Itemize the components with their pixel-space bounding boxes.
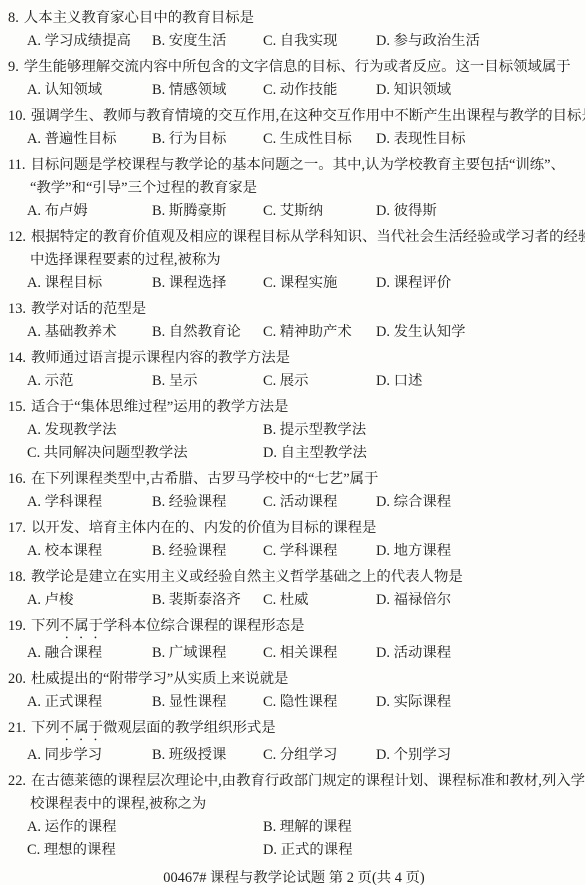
stem-text: 以开发、培育主体内在的、内发的价值为目标的课程是 bbox=[31, 520, 376, 536]
option-a: A. 正式课程 bbox=[27, 691, 152, 714]
options-row: A. 卢梭 B. 裴斯泰洛齐 C. 杜威 D. 福禄倍尔 bbox=[8, 589, 580, 612]
question-stem: 20.杜威提出的“附带学习”从实质上来说就是 bbox=[8, 668, 580, 691]
options-row: A. 学科课程 B. 经验课程 C. 活动课程 D. 综合课程 bbox=[8, 491, 580, 514]
option-b: B. 经验课程 bbox=[152, 540, 263, 563]
option-c: C. 课程实施 bbox=[263, 272, 376, 295]
question-stem: 14.教师通过语言提示课程内容的教学方法是 bbox=[8, 347, 580, 370]
option-a: A. 布卢姆 bbox=[27, 200, 152, 223]
question-21: 21.下列不属于微观层面的教学组织形式是 A. 同步学习 B. 班级授课 C. … bbox=[8, 717, 580, 767]
option-b: B. 班级授课 bbox=[152, 744, 263, 767]
stem-text: 学科本位综合课程的课程形态是 bbox=[103, 618, 304, 634]
question-number: 21. bbox=[8, 720, 26, 736]
option-c: C. 杜威 bbox=[263, 589, 376, 612]
options-row: A. 发现教学法 B. 提示型教学法 bbox=[8, 419, 580, 442]
question-stem: 8.人本主义教育家心目中的教育目标是 bbox=[8, 7, 580, 30]
option-b: B. 裴斯泰洛齐 bbox=[152, 589, 263, 612]
option-d: D. 实际课程 bbox=[376, 691, 580, 714]
question-13: 13.教学对话的范型是 A. 基础教养术 B. 自然教育论 C. 精神助产术 D… bbox=[8, 298, 580, 344]
option-a: A. 认知领域 bbox=[27, 79, 152, 102]
stem-text: 在古德莱德的课程层次理论中,由教育行政部门规定的课程计划、课程标准和教材,列入学 bbox=[31, 773, 585, 789]
options-row: A. 同步学习 B. 班级授课 C. 分组学习 D. 个别学习 bbox=[8, 744, 580, 767]
options-row: A. 校本课程 B. 经验课程 C. 学科课程 D. 地方课程 bbox=[8, 540, 580, 563]
option-c: C. 隐性课程 bbox=[263, 691, 376, 714]
question-19: 19.下列不属于学科本位综合课程的课程形态是 A. 融合课程 B. 广域课程 C… bbox=[8, 615, 580, 665]
question-11: 11.目标问题是学校课程与教学论的基本问题之一。其中,认为学校教育主要包括“训练… bbox=[8, 154, 580, 223]
question-stem-continued: 中选择课程要素的过程,被称为 bbox=[8, 249, 580, 272]
question-number: 9. bbox=[8, 59, 19, 75]
options-row: A. 普遍性目标 B. 行为目标 C. 生成性目标 D. 表现性目标 bbox=[8, 128, 580, 151]
question-number: 14. bbox=[8, 350, 26, 366]
options-row: C. 共同解决问题型教学法 D. 自主型教学法 bbox=[8, 442, 580, 465]
option-d: D. 福禄倍尔 bbox=[376, 589, 580, 612]
page-footer: 00467# 课程与教学论试题 第 2 页(共 4 页) bbox=[8, 867, 580, 885]
question-stem: 16.在下列课程类型中,古希腊、古罗马学校中的“七艺”属于 bbox=[8, 468, 580, 491]
stem-text: 杜威提出的“附带学习”从实质上来说就是 bbox=[31, 671, 288, 687]
option-b: B. 广域课程 bbox=[152, 642, 263, 665]
stem-emphasized-text: 不属于 bbox=[60, 618, 103, 634]
stem-text: 微观层面的教学组织形式是 bbox=[103, 720, 276, 736]
question-number: 17. bbox=[8, 520, 26, 536]
option-d: D. 参与政治生活 bbox=[376, 30, 580, 53]
option-d: D. 口述 bbox=[376, 370, 580, 393]
options-row: A. 学习成绩提高 B. 安度生活 C. 自我实现 D. 参与政治生活 bbox=[8, 30, 580, 53]
question-9: 9.学生能够理解交流内容中所包含的文字信息的目标、行为或者反应。这一目标领域属于… bbox=[8, 56, 580, 102]
question-stem: 21.下列不属于微观层面的教学组织形式是 bbox=[8, 717, 580, 744]
option-d: D. 表现性目标 bbox=[376, 128, 580, 151]
option-b: B. 行为目标 bbox=[152, 128, 263, 151]
option-c: C. 精神助产术 bbox=[263, 321, 376, 344]
option-a: A. 运作的课程 bbox=[27, 816, 263, 839]
option-c: C. 自我实现 bbox=[263, 30, 376, 53]
option-c: C. 艾斯纳 bbox=[263, 200, 376, 223]
option-a: A. 发现教学法 bbox=[27, 419, 263, 442]
option-c: C. 理想的课程 bbox=[27, 839, 263, 862]
question-18: 18.教学论是建立在实用主义或经验自然主义哲学基础之上的代表人物是 A. 卢梭 … bbox=[8, 566, 580, 612]
option-b: B. 提示型教学法 bbox=[263, 419, 580, 442]
stem-text: 下列 bbox=[31, 720, 60, 736]
question-12: 12.根据特定的教育价值观及相应的课程目标从学科知识、当代社会生活经验或学习者的… bbox=[8, 226, 580, 295]
question-stem: 12.根据特定的教育价值观及相应的课程目标从学科知识、当代社会生活经验或学习者的… bbox=[8, 226, 580, 249]
option-d: D. 自主型教学法 bbox=[263, 442, 580, 465]
question-stem: 15.适合于“集体思维过程”运用的教学方法是 bbox=[8, 396, 580, 419]
option-a: A. 融合课程 bbox=[27, 642, 152, 665]
stem-text: 人本主义教育家心目中的教育目标是 bbox=[24, 10, 254, 26]
stem-text: 下列 bbox=[31, 618, 60, 634]
question-stem-continued: “教学”和“引导”三个过程的教育家是 bbox=[8, 177, 580, 200]
option-a: A. 卢梭 bbox=[27, 589, 152, 612]
stem-text: 适合于“集体思维过程”运用的教学方法是 bbox=[31, 399, 288, 415]
option-d: D. 综合课程 bbox=[376, 491, 580, 514]
options-row: A. 认知领域 B. 情感领域 C. 动作技能 D. 知识领域 bbox=[8, 79, 580, 102]
option-d: D. 知识领域 bbox=[376, 79, 580, 102]
option-b: B. 安度生活 bbox=[152, 30, 263, 53]
option-b: B. 经验课程 bbox=[152, 491, 263, 514]
question-number: 13. bbox=[8, 301, 26, 317]
question-stem: 13.教学对话的范型是 bbox=[8, 298, 580, 321]
option-d: D. 彼得斯 bbox=[376, 200, 580, 223]
option-a: A. 同步学习 bbox=[27, 744, 152, 767]
option-c: C. 动作技能 bbox=[263, 79, 376, 102]
question-stem: 10.强调学生、教师与教育情境的交互作用,在这种交互作用中不断产生出课程与教学的… bbox=[8, 105, 580, 128]
option-a: A. 学习成绩提高 bbox=[27, 30, 152, 53]
question-17: 17.以开发、培育主体内在的、内发的价值为目标的课程是 A. 校本课程 B. 经… bbox=[8, 517, 580, 563]
option-a: A. 校本课程 bbox=[27, 540, 152, 563]
stem-text: 强调学生、教师与教育情境的交互作用,在这种交互作用中不断产生出课程与教学的目标是 bbox=[31, 108, 585, 124]
question-16: 16.在下列课程类型中,古希腊、古罗马学校中的“七艺”属于 A. 学科课程 B.… bbox=[8, 468, 580, 514]
option-b: B. 显性课程 bbox=[152, 691, 263, 714]
question-stem: 19.下列不属于学科本位综合课程的课程形态是 bbox=[8, 615, 580, 642]
option-a: A. 示范 bbox=[27, 370, 152, 393]
options-row: A. 正式课程 B. 显性课程 C. 隐性课程 D. 实际课程 bbox=[8, 691, 580, 714]
question-15: 15.适合于“集体思维过程”运用的教学方法是 A. 发现教学法 B. 提示型教学… bbox=[8, 396, 580, 465]
option-d: D. 活动课程 bbox=[376, 642, 580, 665]
question-20: 20.杜威提出的“附带学习”从实质上来说就是 A. 正式课程 B. 显性课程 C… bbox=[8, 668, 580, 714]
option-a: A. 课程目标 bbox=[27, 272, 152, 295]
option-c: C. 生成性目标 bbox=[263, 128, 376, 151]
stem-text: 学生能够理解交流内容中所包含的文字信息的目标、行为或者反应。这一目标领域属于 bbox=[24, 59, 571, 75]
question-stem: 11.目标问题是学校课程与教学论的基本问题之一。其中,认为学校教育主要包括“训练… bbox=[8, 154, 580, 177]
question-number: 22. bbox=[8, 773, 26, 789]
question-number: 18. bbox=[8, 569, 26, 585]
question-22: 22.在古德莱德的课程层次理论中,由教育行政部门规定的课程计划、课程标准和教材,… bbox=[8, 770, 580, 862]
option-d: D. 地方课程 bbox=[376, 540, 580, 563]
options-row: C. 理想的课程 D. 正式的课程 bbox=[8, 839, 580, 862]
question-stem-continued: 校课程表中的课程,被称之为 bbox=[8, 793, 580, 816]
question-stem: 9.学生能够理解交流内容中所包含的文字信息的目标、行为或者反应。这一目标领域属于 bbox=[8, 56, 580, 79]
question-number: 15. bbox=[8, 399, 26, 415]
question-stem: 22.在古德莱德的课程层次理论中,由教育行政部门规定的课程计划、课程标准和教材,… bbox=[8, 770, 580, 793]
stem-text: 教师通过语言提示课程内容的教学方法是 bbox=[31, 350, 290, 366]
option-a: A. 普遍性目标 bbox=[27, 128, 152, 151]
question-10: 10.强调学生、教师与教育情境的交互作用,在这种交互作用中不断产生出课程与教学的… bbox=[8, 105, 580, 151]
option-d: D. 正式的课程 bbox=[263, 839, 580, 862]
question-number: 12. bbox=[8, 229, 26, 245]
options-row: A. 示范 B. 呈示 C. 展示 D. 口述 bbox=[8, 370, 580, 393]
options-row: A. 运作的课程 B. 理解的课程 bbox=[8, 816, 580, 839]
stem-emphasized-text: 不属于 bbox=[60, 720, 103, 736]
question-stem: 18.教学论是建立在实用主义或经验自然主义哲学基础之上的代表人物是 bbox=[8, 566, 580, 589]
option-b: B. 自然教育论 bbox=[152, 321, 263, 344]
option-a: A. 基础教养术 bbox=[27, 321, 152, 344]
option-c: C. 相关课程 bbox=[263, 642, 376, 665]
stem-text: 教学对话的范型是 bbox=[31, 301, 146, 317]
question-number: 10. bbox=[8, 108, 26, 124]
option-b: B. 呈示 bbox=[152, 370, 263, 393]
question-stem: 17.以开发、培育主体内在的、内发的价值为目标的课程是 bbox=[8, 517, 580, 540]
options-row: A. 课程目标 B. 课程选择 C. 课程实施 D. 课程评价 bbox=[8, 272, 580, 295]
stem-text: 根据特定的教育价值观及相应的课程目标从学科知识、当代社会生活经验或学习者的经验 bbox=[31, 229, 585, 245]
option-c: C. 活动课程 bbox=[263, 491, 376, 514]
question-number: 11. bbox=[8, 157, 25, 173]
stem-text: 教学论是建立在实用主义或经验自然主义哲学基础之上的代表人物是 bbox=[31, 569, 463, 585]
question-number: 16. bbox=[8, 471, 26, 487]
question-number: 8. bbox=[8, 10, 19, 26]
option-a: A. 学科课程 bbox=[27, 491, 152, 514]
options-row: A. 融合课程 B. 广域课程 C. 相关课程 D. 活动课程 bbox=[8, 642, 580, 665]
option-b: B. 课程选择 bbox=[152, 272, 263, 295]
option-c: C. 分组学习 bbox=[263, 744, 376, 767]
option-d: D. 发生认知学 bbox=[376, 321, 580, 344]
options-row: A. 布卢姆 B. 斯腾豪斯 C. 艾斯纳 D. 彼得斯 bbox=[8, 200, 580, 223]
option-b: B. 情感领域 bbox=[152, 79, 263, 102]
option-b: B. 斯腾豪斯 bbox=[152, 200, 263, 223]
exam-paper-page: 8.人本主义教育家心目中的教育目标是 A. 学习成绩提高 B. 安度生活 C. … bbox=[0, 0, 585, 885]
option-d: D. 课程评价 bbox=[376, 272, 580, 295]
options-row: A. 基础教养术 B. 自然教育论 C. 精神助产术 D. 发生认知学 bbox=[8, 321, 580, 344]
question-number: 19. bbox=[8, 618, 26, 634]
stem-text: 目标问题是学校课程与教学论的基本问题之一。其中,认为学校教育主要包括“训练”、 bbox=[30, 157, 564, 173]
question-14: 14.教师通过语言提示课程内容的教学方法是 A. 示范 B. 呈示 C. 展示 … bbox=[8, 347, 580, 393]
option-d: D. 个别学习 bbox=[376, 744, 580, 767]
option-c: C. 学科课程 bbox=[263, 540, 376, 563]
stem-text: 在下列课程类型中,古希腊、古罗马学校中的“七艺”属于 bbox=[31, 471, 378, 487]
option-b: B. 理解的课程 bbox=[263, 816, 580, 839]
question-8: 8.人本主义教育家心目中的教育目标是 A. 学习成绩提高 B. 安度生活 C. … bbox=[8, 7, 580, 53]
question-number: 20. bbox=[8, 671, 26, 687]
option-c: C. 展示 bbox=[263, 370, 376, 393]
option-c: C. 共同解决问题型教学法 bbox=[27, 442, 263, 465]
